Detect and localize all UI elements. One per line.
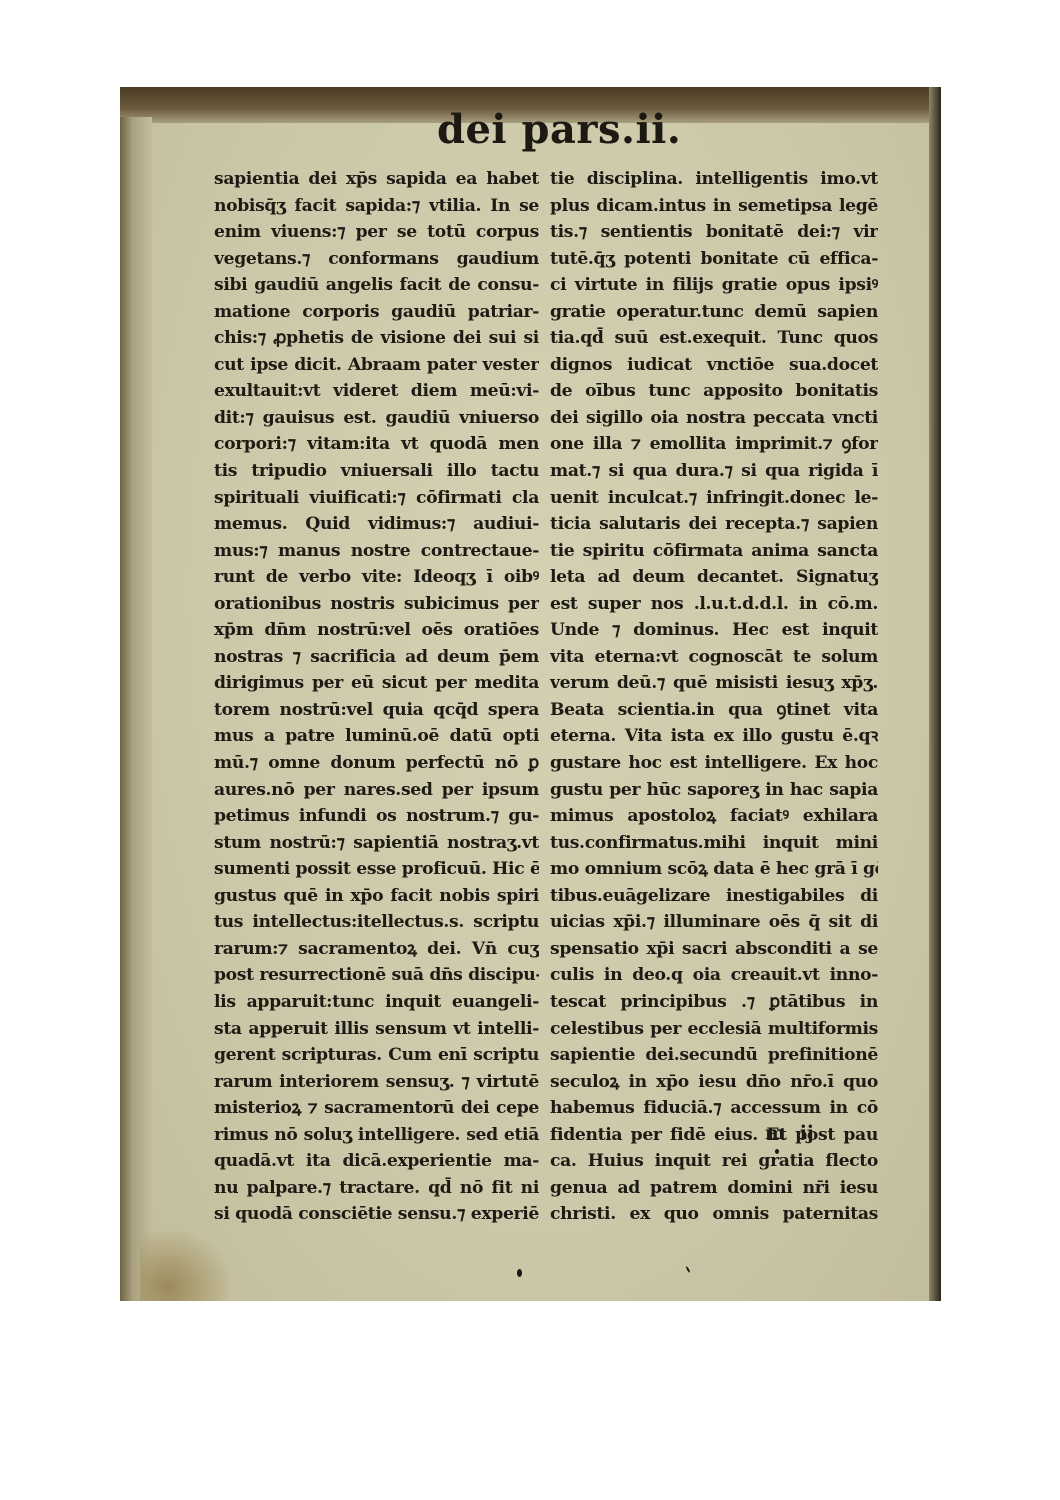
text-line: genua ad patrem domini nr̄i iesu bbox=[550, 1175, 878, 1202]
text-line: orationibus nostris subicimus per bbox=[214, 591, 539, 618]
text-line: tus intellectus:itellectus.s. scriptu bbox=[214, 909, 539, 936]
text-line: quadā.vt ita dicā.experientie ma- bbox=[214, 1148, 539, 1175]
text-line: chis:⁊ ꝓphetis de visione dei sui si bbox=[214, 325, 539, 352]
running-head: dei pars.ii. bbox=[437, 105, 667, 155]
text-line: nu palpare.⁊ tractare. qd̄ nō fit ni bbox=[214, 1175, 539, 1202]
text-line: mat.⁊ si qua dura.⁊ si qua rigida ī bbox=[550, 458, 878, 485]
ink-speck bbox=[775, 1149, 779, 1154]
text-line: spirituali viuificati:⁊ cōfirmati cla bbox=[214, 485, 539, 512]
text-line: tis tripudio vniuersali illo tactu bbox=[214, 458, 539, 485]
text-line: sapientie dei.secundū prefinitionē bbox=[550, 1042, 878, 1069]
text-line: tutē.q̄ʒ potenti bonitate cū effica- bbox=[550, 246, 878, 273]
ink-speck bbox=[517, 1269, 522, 1277]
text-line: rarum interiorem sensuʒ. ⁊ virtutē bbox=[214, 1069, 539, 1096]
text-line: si quodā consciētie sensu.⁊ experiē bbox=[214, 1201, 539, 1228]
text-line: Unde ⁊ dominus. Hec est inquit bbox=[550, 617, 878, 644]
text-line: tescat principibus .⁊ ꝑtātibus in bbox=[550, 989, 878, 1016]
text-line: enim viuens:⁊ per se totū corpus bbox=[214, 219, 539, 246]
text-line: xp̄m dn̄m nostrū:vel oēs oratiōes bbox=[214, 617, 539, 644]
text-line: celestibus per ecclesiā multiformis bbox=[550, 1016, 878, 1043]
text-line: exultauit:vt videret diem meū:vi- bbox=[214, 378, 539, 405]
text-line: corpori:⁊ vitam:ita vt quodā men bbox=[214, 431, 539, 458]
text-line: matione corporis gaudiū patriar- bbox=[214, 299, 539, 326]
text-line: ci virtute in filijs gratie opus ipsiꝰ bbox=[550, 272, 878, 299]
text-line: tia.qd̄ suū est.exequit. Tunc quos bbox=[550, 325, 878, 352]
text-line: christi. ex quo omnis paternitas bbox=[550, 1201, 878, 1228]
page-right-edge bbox=[929, 87, 941, 1301]
text-line: ticia salutaris dei recepta.⁊ sapien bbox=[550, 511, 878, 538]
signature-mark: m ij bbox=[765, 1122, 814, 1144]
text-line: tis.⁊ sentientis bonitatē dei:⁊ vir bbox=[550, 219, 878, 246]
text-line: rarum:⁊ sacramentoꝝ dei. Vn̄ cuʒ bbox=[214, 936, 539, 963]
text-line: dirigimus per eū sicut per medita bbox=[214, 670, 539, 697]
text-line: sumenti possit esse proficuū. Hic ē bbox=[214, 856, 539, 883]
text-line: dit:⁊ gauisus est. gaudiū vniuerso bbox=[214, 405, 539, 432]
text-line: gustu per hūc saporeʒ in hac sapia bbox=[550, 777, 878, 804]
right-text-column: tie disciplina. intelligentis imo.vtplus… bbox=[550, 166, 878, 1228]
text-line: vita eterna:vt cognoscāt te solum bbox=[550, 644, 878, 671]
text-line: tie spiritu cōfirmata anima sancta bbox=[550, 538, 878, 565]
text-line: aures.nō per nares.sed per ipsum bbox=[214, 777, 539, 804]
text-line: lis apparuit:tunc inquit euangeli- bbox=[214, 989, 539, 1016]
left-text-column: sapientia dei xp̄s sapida ea habetnobisq… bbox=[214, 166, 539, 1228]
text-line: de oībus tunc apposito bonitatis bbox=[550, 378, 878, 405]
text-line: vegetans.⁊ conformans gaudium bbox=[214, 246, 539, 273]
text-line: tie disciplina. intelligentis imo.vt bbox=[550, 166, 878, 193]
text-line: nobisq̄ʒ facit sapida:⁊ vtilia. In se bbox=[214, 193, 539, 220]
text-line: mimus apostoloꝝ faciatꝰ exhilara bbox=[550, 803, 878, 830]
text-line: habemus fiduciā.⁊ accessum in cō bbox=[550, 1095, 878, 1122]
text-line: leta ad deum decantet. Signatuʒ bbox=[550, 564, 878, 591]
text-line: eterna. Vita ista ex illo gustu ē.qꝛ bbox=[550, 723, 878, 750]
text-line: est super nos .l.u.t.d.d.l. in cō.m. bbox=[550, 591, 878, 618]
text-line: tus.confirmatus.mihi inquit mini bbox=[550, 830, 878, 857]
text-line: sibi gaudiū angelis facit de consu- bbox=[214, 272, 539, 299]
text-line: rimus nō soluʒ intelligere. sed etiā bbox=[214, 1122, 539, 1149]
text-line: gustare hoc est intelligere. Ex hoc bbox=[550, 750, 878, 777]
text-line: nostras ⁊ sacrificia ad deum p̄em bbox=[214, 644, 539, 671]
text-line: ca. Huius inquit rei gratia flecto bbox=[550, 1148, 878, 1175]
text-line: dei sigillo oia nostra peccata vncti bbox=[550, 405, 878, 432]
text-line: spensatio xp̄i sacri absconditi a se bbox=[550, 936, 878, 963]
text-line: mū.⁊ omne donum perfectū nō ꝑ bbox=[214, 750, 539, 777]
text-line: uenit inculcat.⁊ infringit.donec le- bbox=[550, 485, 878, 512]
text-line: misterioꝝ ⁊ sacramentorū dei cepe bbox=[214, 1095, 539, 1122]
text-line: one illa ⁊ emollita imprimit.⁊ ꝯfor bbox=[550, 431, 878, 458]
text-line: uicias xp̄i.⁊ illuminare oēs q̄ sit di bbox=[550, 909, 878, 936]
text-line: mus:⁊ manus nostre contrectaue- bbox=[214, 538, 539, 565]
text-line: culis in deo.q oia creauit.vt inno- bbox=[550, 962, 878, 989]
text-line: sapientia dei xp̄s sapida ea habet bbox=[214, 166, 539, 193]
text-line: torem nostrū:vel quia qcq̄d spera bbox=[214, 697, 539, 724]
text-line: sta apperuit illis sensum vt intelli- bbox=[214, 1016, 539, 1043]
text-line: mo omnium scōꝝ data ē hec grā ī gē bbox=[550, 856, 878, 883]
text-line: plus dicam.intus in semetipsa legē bbox=[550, 193, 878, 220]
text-line: tibus.euāgelizare inestigabiles di bbox=[550, 883, 878, 910]
text-line: gratie operatur.tunc demū sapien bbox=[550, 299, 878, 326]
text-line: mus a patre luminū.oē datū opti bbox=[214, 723, 539, 750]
text-line: petimus infundi os nostrum.⁊ gu- bbox=[214, 803, 539, 830]
text-line: fidentia per fidē eius. Et post pau bbox=[550, 1122, 878, 1149]
text-line: dignos iudicat vnctiōe sua.docet bbox=[550, 352, 878, 379]
text-line: post resurrectionē suā dn̄s discipu- bbox=[214, 962, 539, 989]
text-line: verum deū.⁊ quē misisti iesuʒ xp̄ʒ. bbox=[550, 670, 878, 697]
text-line: seculoꝝ in xp̄o iesu dn̄o nr̄o.ī quo bbox=[550, 1069, 878, 1096]
text-line: Beata scientia.in qua ꝯtinet vita bbox=[550, 697, 878, 724]
text-line: memus. Quid vidimus:⁊ audiui- bbox=[214, 511, 539, 538]
text-line: gustus quē in xp̄o facit nobis spiri bbox=[214, 883, 539, 910]
text-line: runt de verbo vite: Ideoqʒ ī oibꝰ bbox=[214, 564, 539, 591]
text-line: cut ipse dicit. Abraam pater vester bbox=[214, 352, 539, 379]
text-line: stum nostrū:⁊ sapientiā nostraʒ.vt bbox=[214, 830, 539, 857]
binding-edge bbox=[120, 117, 152, 1301]
water-stain bbox=[140, 1231, 230, 1301]
text-line: gerent scripturas. Cum enī scriptu bbox=[214, 1042, 539, 1069]
